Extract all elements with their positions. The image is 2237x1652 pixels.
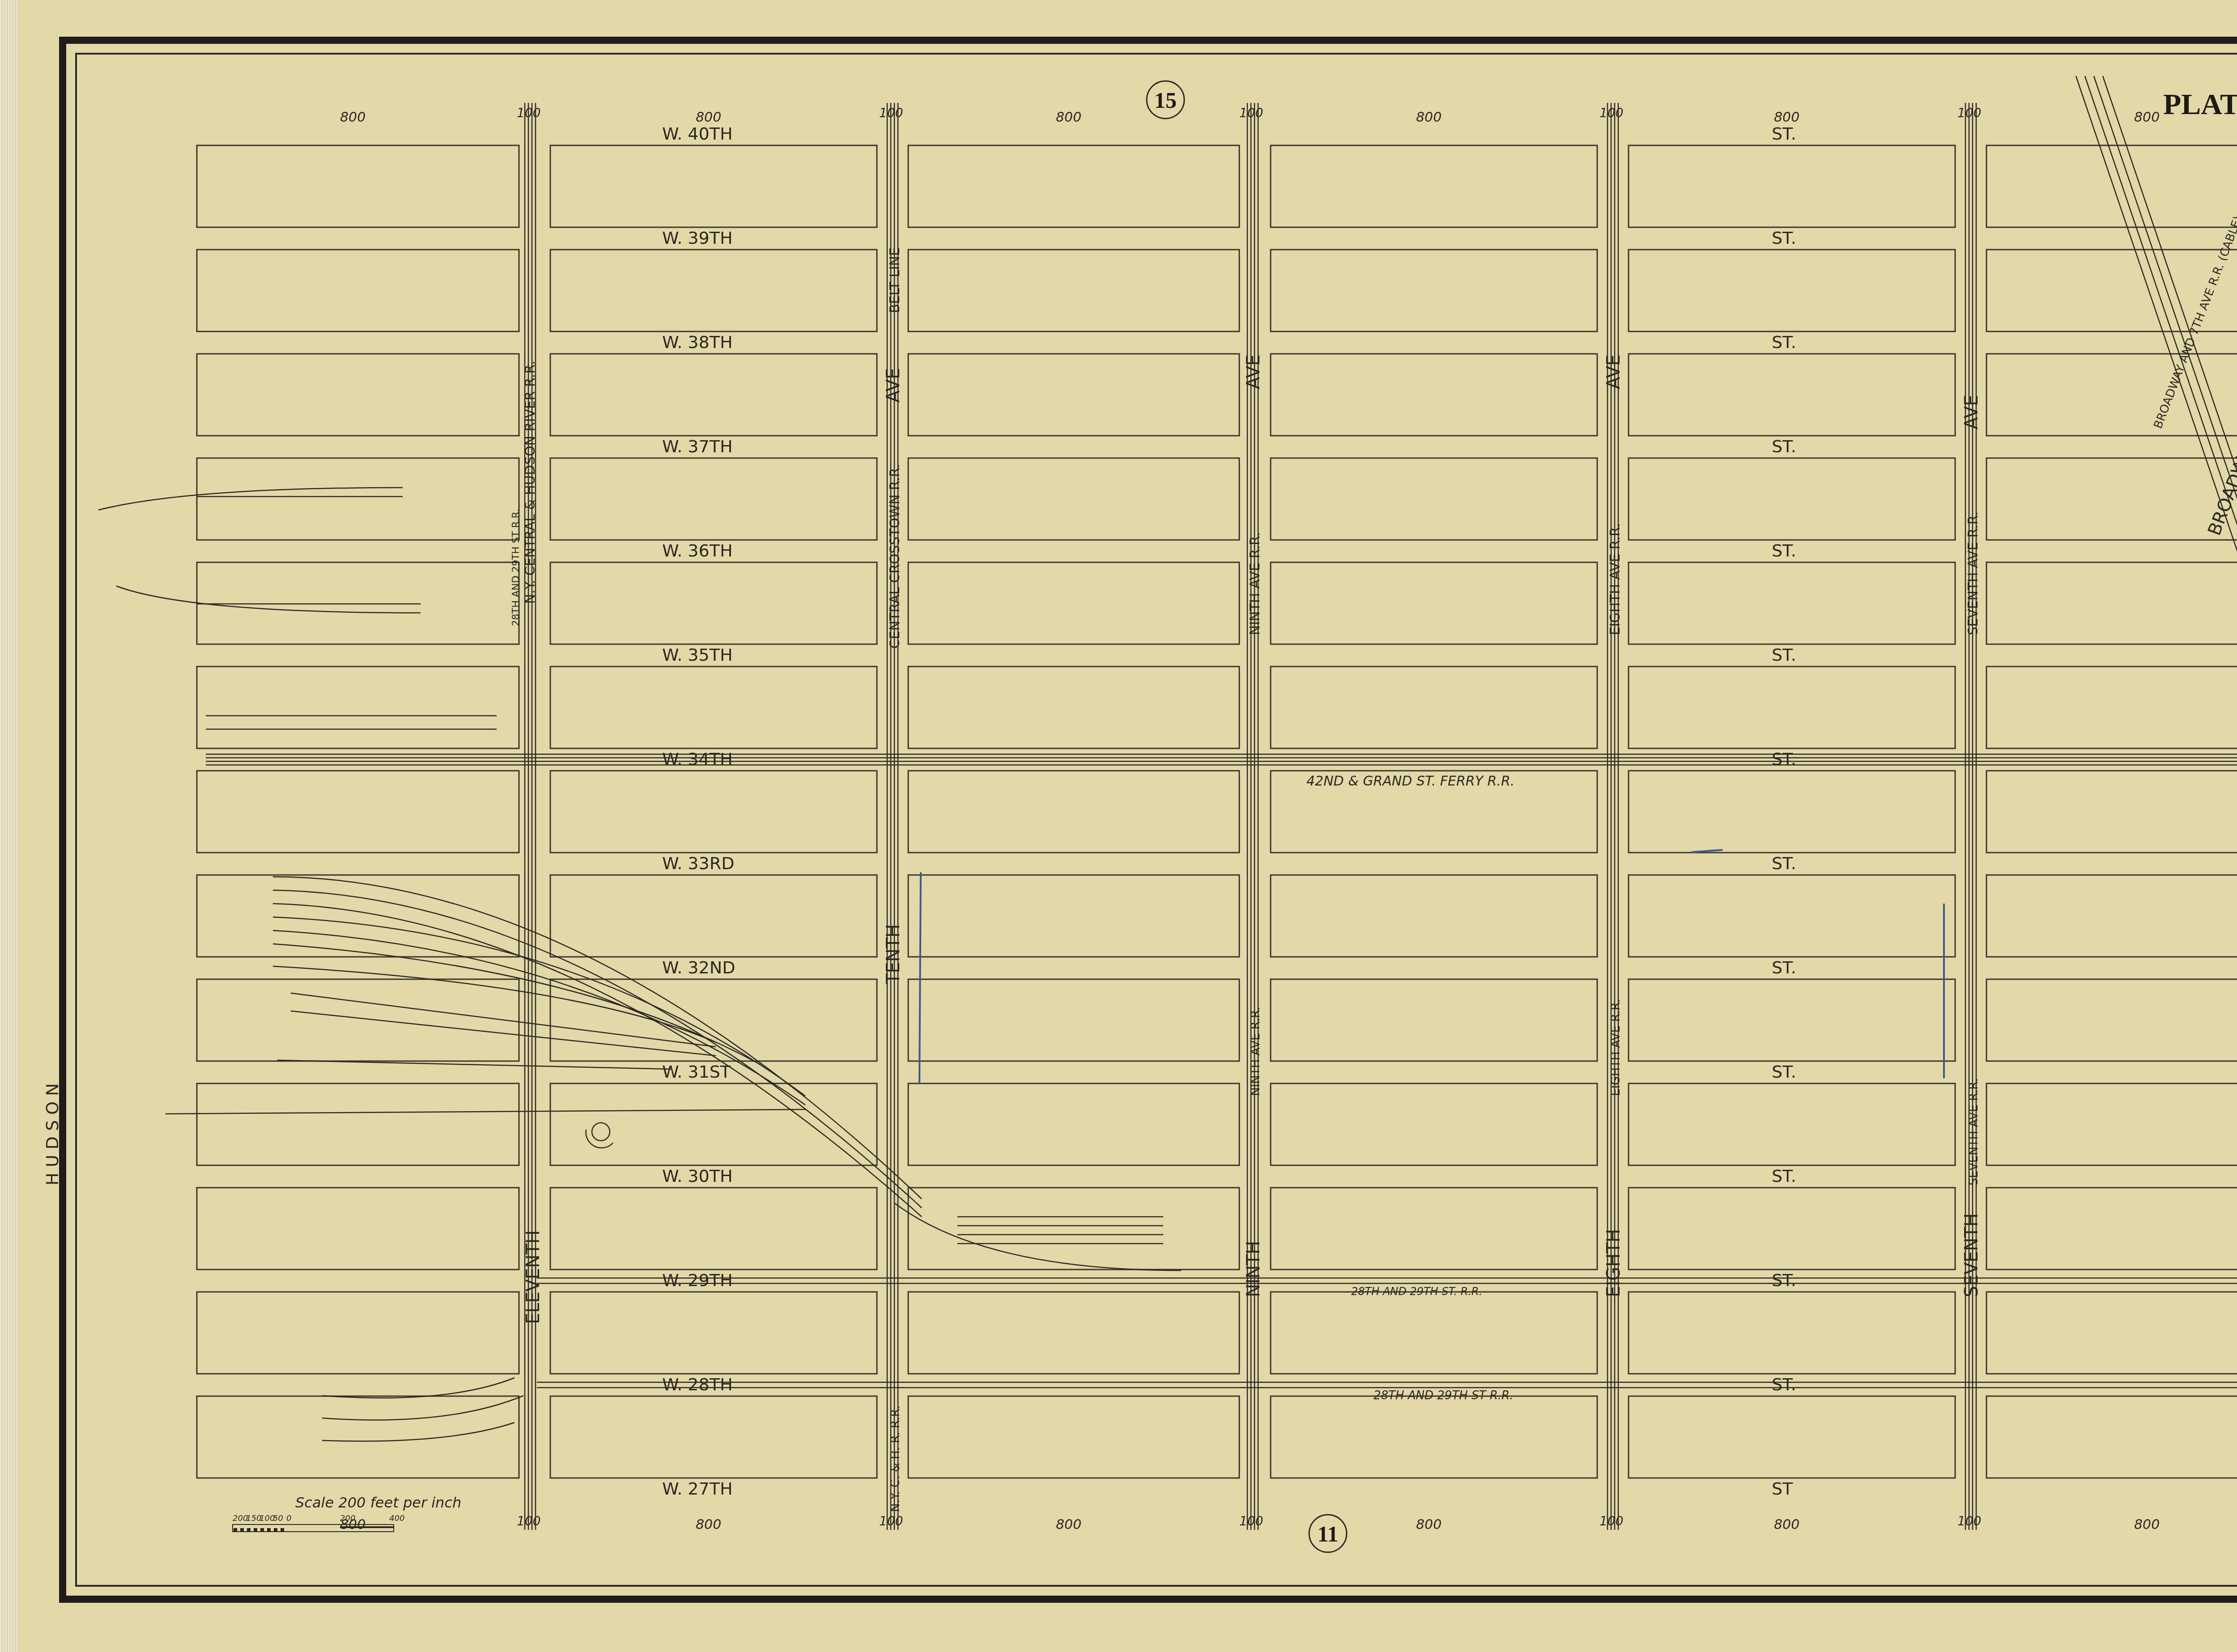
street-suffix: ST. xyxy=(1772,124,1796,144)
railyard-tracks xyxy=(98,488,1181,1441)
frontage-100: 100 xyxy=(1239,1514,1263,1529)
rr-label-crosstown: CENTRAL CROSSTOWN R.R. xyxy=(887,464,903,649)
avenue-label-seventh: SEVENTH xyxy=(1961,1213,1982,1297)
scale-bar-segment xyxy=(247,1528,251,1532)
water-label-hudson: H U D S O N xyxy=(43,1083,62,1185)
street-suffix: ST. xyxy=(1772,1375,1796,1394)
roundhouse-turntable xyxy=(586,1123,613,1148)
rr-label-nyc-hr: N.Y. C. & H. R. R.R. xyxy=(889,1406,902,1512)
frontage-100: 100 xyxy=(1599,106,1623,120)
avenue-label-tenth: TENTH xyxy=(883,924,904,985)
rr-label-seventh-ave-2: SEVENTH AVE R.R. xyxy=(1967,1078,1981,1185)
outer-border xyxy=(63,40,2237,1599)
map-canvas: W. 40THST.W. 39THST.W. 38THST.W. 37THST.… xyxy=(0,0,2237,1652)
street-label: W. 40TH xyxy=(662,124,733,144)
street-suffix: ST. xyxy=(1772,749,1796,769)
scale-bar-segment xyxy=(234,1528,237,1532)
street-suffix: ST. xyxy=(1772,1166,1796,1186)
scale-tick: 50 xyxy=(273,1514,283,1523)
map-labels: W. 40THST.W. 39THST.W. 38THST.W. 37THST.… xyxy=(43,81,2237,1552)
frontage-800: 800 xyxy=(696,1517,721,1533)
broadway-tracks xyxy=(2076,76,2237,787)
street-suffix: ST. xyxy=(1772,437,1796,456)
street-label: W. 28TH xyxy=(662,1375,733,1394)
rr-label-ninth-ave: NINTH AVE R.R. xyxy=(1247,532,1263,635)
avenue-label-tenth-ave: AVE xyxy=(883,368,904,403)
street-label: W. 37TH xyxy=(662,437,733,456)
frontage-800: 800 xyxy=(2134,110,2160,125)
frontage-800: 800 xyxy=(1774,110,1799,125)
avenue-label-ninth-ave: AVE xyxy=(1243,355,1264,389)
frontage-100: 100 xyxy=(879,106,903,120)
street-label: W. 27TH xyxy=(662,1479,733,1499)
scale-caption: Scale 200 feet per inch xyxy=(295,1494,461,1511)
rr-label-28-29-st-w28: 28TH AND 29TH ST R.R. xyxy=(1374,1389,1513,1402)
rr-label-ninth-ave-2: NINTH AVE R.R. xyxy=(1249,1006,1263,1096)
scale-bar-segment xyxy=(260,1528,264,1532)
street-suffix: ST. xyxy=(1772,1062,1796,1082)
street-suffix: ST. xyxy=(1772,332,1796,352)
street-suffix: ST. xyxy=(1772,1270,1796,1290)
scale-bar-segment xyxy=(267,1528,271,1532)
street-label: W. 31ST xyxy=(662,1062,731,1082)
street-suffix: ST. xyxy=(1772,854,1796,873)
frontage-800: 800 xyxy=(696,110,721,125)
rr-label-eighth-ave: EIGHTH AVE R.R. xyxy=(1608,523,1623,635)
street-label: W. 30TH xyxy=(662,1166,733,1186)
rr-label-belt-line: BELT LINE xyxy=(887,247,903,313)
inner-border xyxy=(76,54,2237,1586)
frontage-800: 800 xyxy=(340,110,366,125)
street-suffix: ST. xyxy=(1772,958,1796,977)
avenue-label-eighth-ave: AVE xyxy=(1603,355,1624,389)
frontage-100: 100 xyxy=(1239,106,1263,120)
street-label: W. 35TH xyxy=(662,645,733,665)
avenue-label-eighth: EIGHTH xyxy=(1603,1229,1624,1297)
scale-tick: 200 xyxy=(340,1514,355,1523)
scale-bar-segment xyxy=(240,1528,244,1532)
adjacent-plate-north[interactable]: 15 xyxy=(1154,88,1177,113)
avenue-label-ninth: NINTH xyxy=(1243,1241,1264,1297)
frontage-100: 100 xyxy=(1599,1514,1623,1529)
frontage-800: 800 xyxy=(1774,1517,1799,1533)
rail-tracks xyxy=(206,103,2237,1530)
frontage-100: 100 xyxy=(1957,1514,1981,1529)
scale-tick: 0 xyxy=(286,1514,291,1523)
frontage-100: 100 xyxy=(517,1514,540,1529)
rr-label-28-29-st-w29: 28TH AND 29TH ST. R.R. xyxy=(1351,1285,1482,1298)
scale-tick: 400 xyxy=(389,1514,404,1523)
frontage-800: 800 xyxy=(1416,110,1442,125)
rr-label-28-29-st: 28TH AND 29TH ST R.R. xyxy=(510,509,522,626)
rr-label-seventh-ave: SEVENTH AVE R.R. xyxy=(1965,511,1981,635)
frontage-800: 800 xyxy=(1416,1517,1442,1533)
frontage-100: 100 xyxy=(517,106,540,120)
street-suffix: ST. xyxy=(1772,541,1796,561)
scale-bar-segment xyxy=(281,1528,284,1532)
rr-label-42nd-grand-st-ferry: 42ND & GRAND ST. FERRY R.R. xyxy=(1306,773,1514,789)
frontage-100: 100 xyxy=(879,1514,903,1529)
frontage-800: 800 xyxy=(2134,1517,2160,1533)
street-label: W. 36TH xyxy=(662,541,733,561)
rr-label-ny-central: N.Y. CENTRAL & HUDSON RIVER R.R. xyxy=(523,361,538,604)
scale-bar-segment xyxy=(274,1528,277,1532)
rr-label-eighth-ave-2: EIGHTH AVE R.R. xyxy=(1609,999,1623,1096)
frontage-800: 800 xyxy=(1056,110,1081,125)
frontage-100: 100 xyxy=(1957,106,1981,120)
avenue-label-seventh-ave: AVE xyxy=(1961,395,1982,429)
street-label: W. 29TH xyxy=(662,1270,733,1290)
street-label: W. 38TH xyxy=(662,332,733,352)
scale-bar-segment xyxy=(254,1528,257,1532)
street-label: W. 39TH xyxy=(662,228,733,248)
street-suffix: ST xyxy=(1772,1479,1793,1499)
street-suffix: ST. xyxy=(1772,645,1796,665)
avenue-label-eleventh: ELEVENTH xyxy=(523,1230,544,1324)
plate-title: PLATE 14 xyxy=(2163,88,2237,121)
street-label: W. 32ND xyxy=(662,958,735,977)
street-suffix: ST. xyxy=(1772,228,1796,248)
street-label: W. 34TH xyxy=(662,749,733,769)
street-label: W. 33RD xyxy=(662,854,734,873)
frontage-800: 800 xyxy=(1056,1517,1081,1533)
adjacent-plate-south[interactable]: 11 xyxy=(1317,1521,1338,1546)
